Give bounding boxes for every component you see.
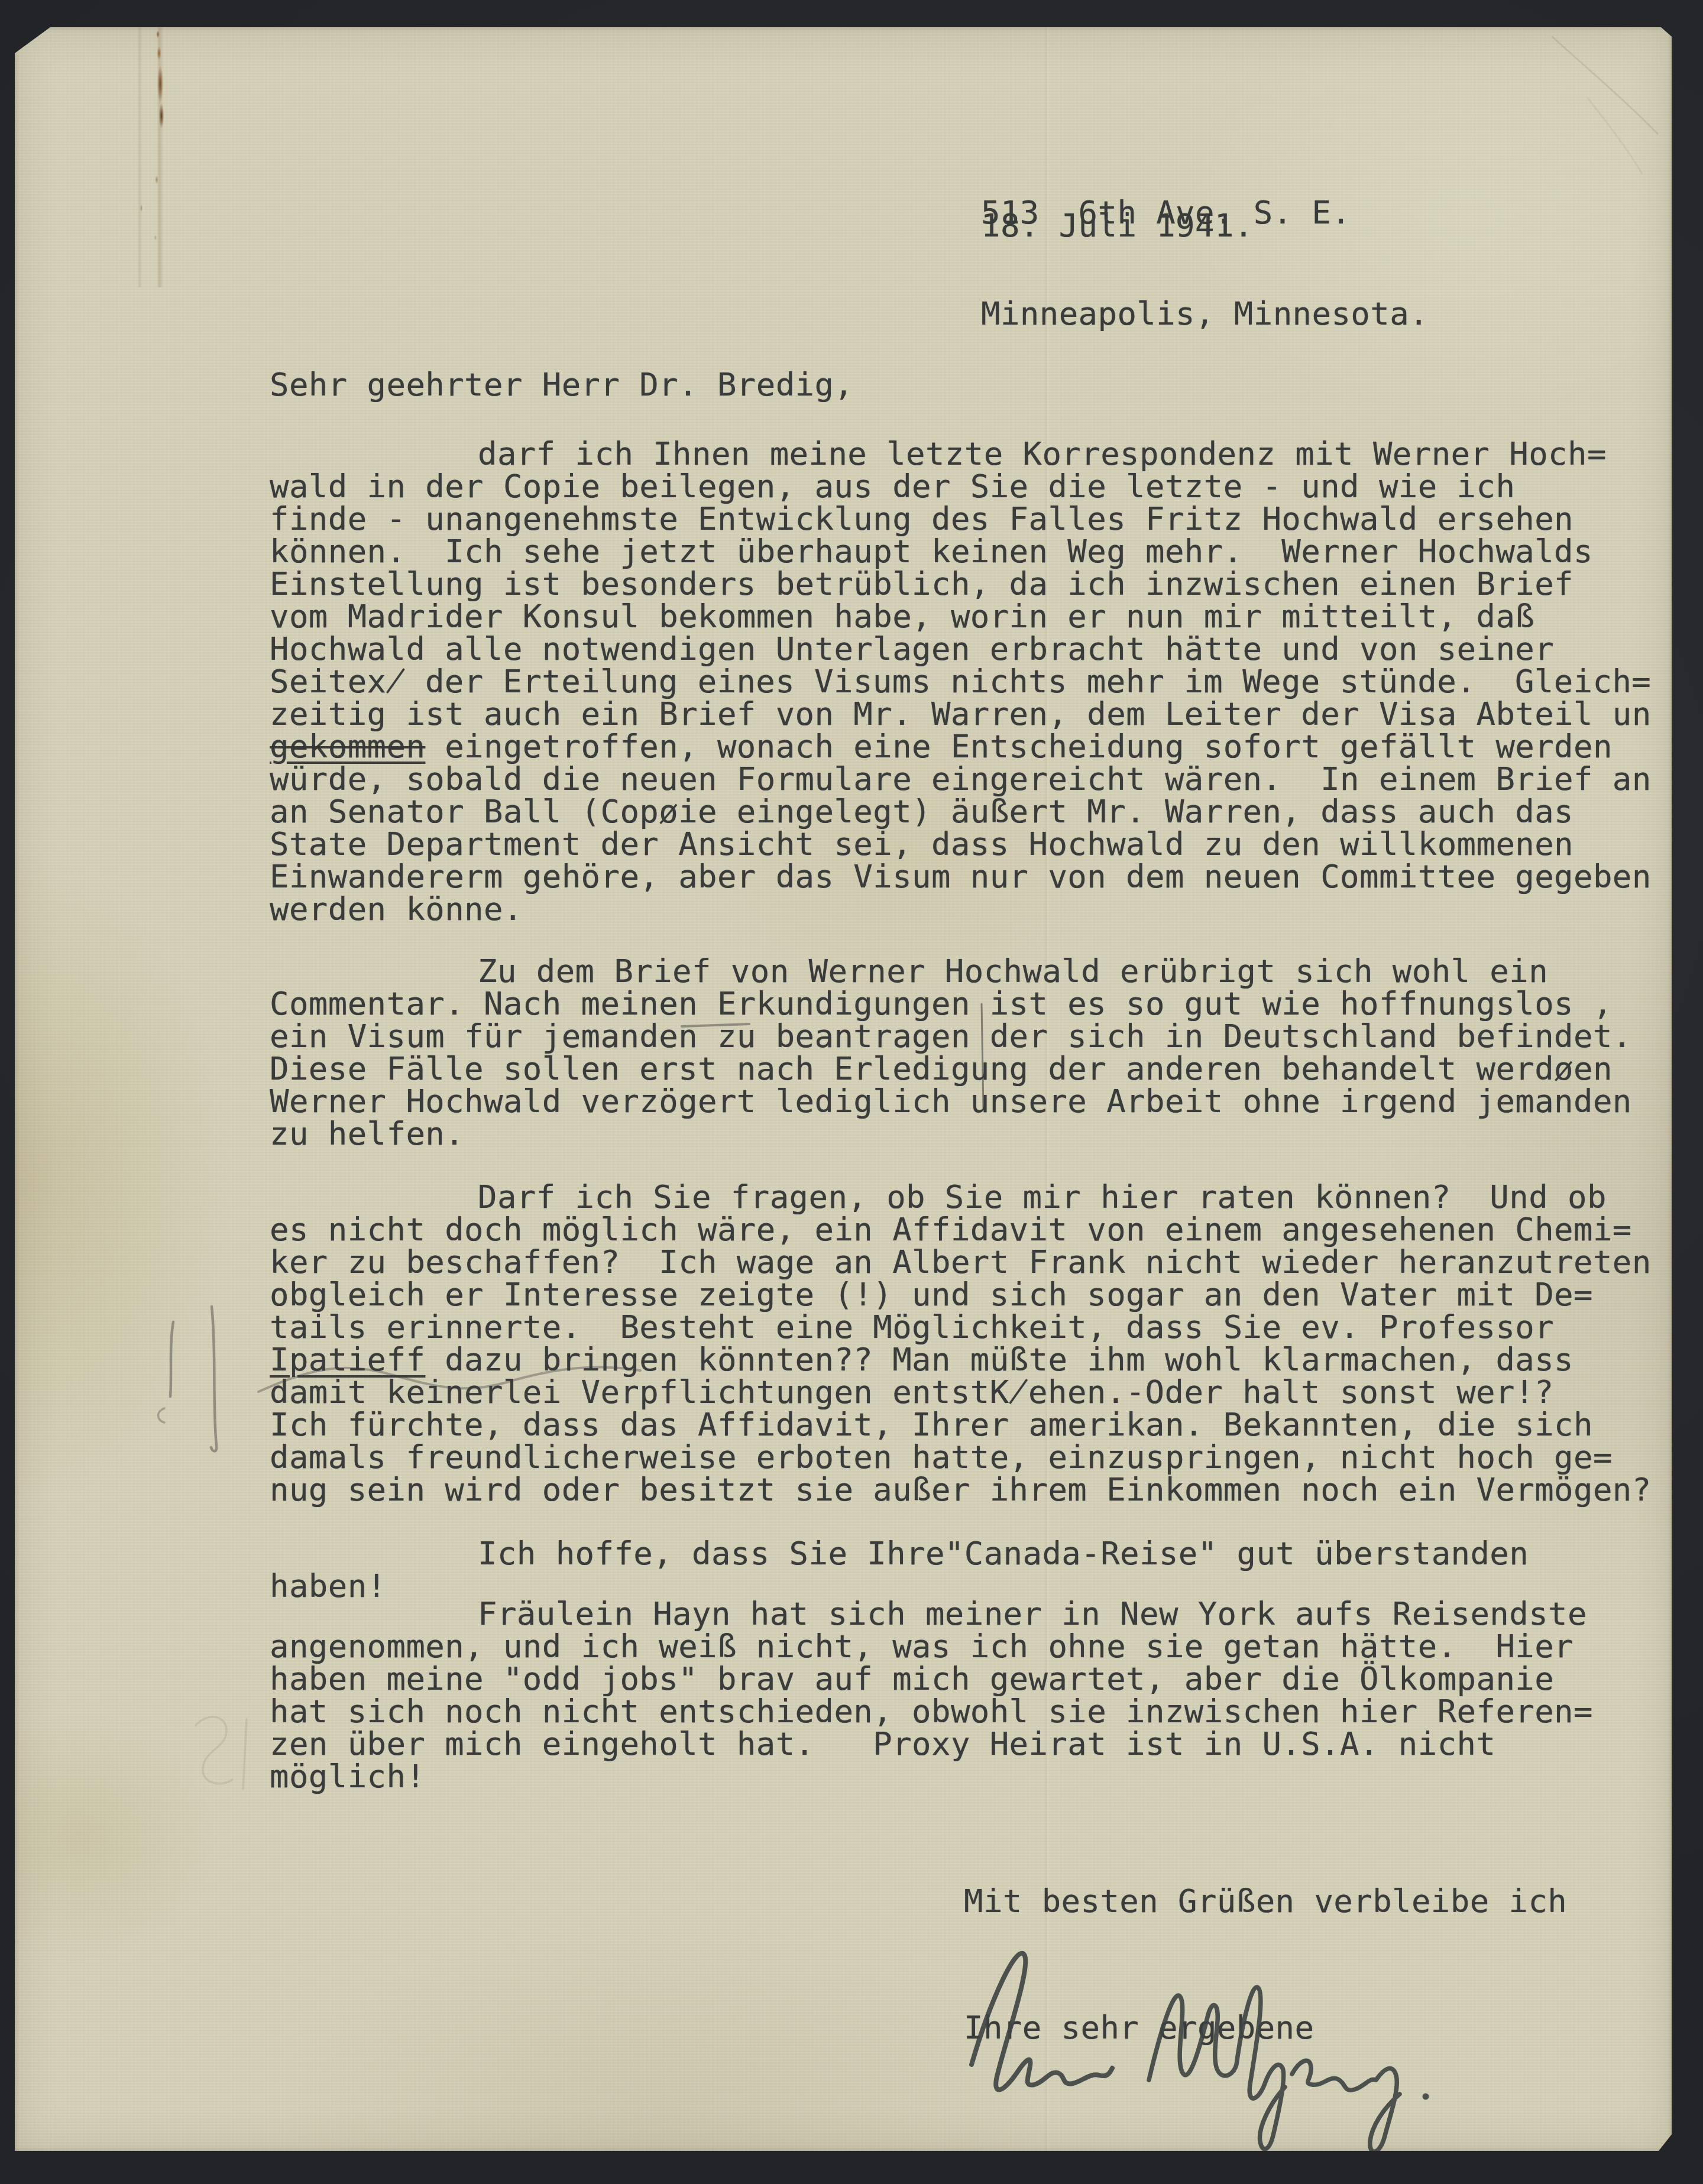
letter-line: darf ich Ihnen meine letzte Korresponden… xyxy=(270,438,1672,470)
text-segment: haben meine "odd jobs" brav auf mich gew… xyxy=(270,1660,1554,1697)
letter-line: State Department der Ansicht sei, dass H… xyxy=(270,828,1672,860)
text-segment: an Senator Ball (Copøie eingelegt) äußer… xyxy=(270,793,1574,830)
text-segment: Hochwald alle notwendigen Unterlagen erb… xyxy=(270,630,1554,667)
text-segment: möglich! xyxy=(270,1758,425,1795)
letter-line: Ich hoffe, dass Sie Ihre"Canada-Reise" g… xyxy=(270,1537,1672,1570)
letter-line: hat sich noch nicht entschieden, obwohl … xyxy=(270,1695,1672,1728)
closing-line: Mit besten Grüßen verbleibe ich xyxy=(964,1885,1567,1917)
text-segment: Werner Hochwald verzögert lediglich unse… xyxy=(270,1083,1632,1120)
letter-line: gekommen eingetroffen, wonach eine Entsc… xyxy=(270,730,1672,763)
letter-line: ein Visum für jemanden zu beantragen der… xyxy=(270,1020,1672,1052)
letter-line: Darf ich Sie fragen, ob Sie mir hier rat… xyxy=(270,1181,1672,1213)
paragraph: darf ich Ihnen meine letzte Korresponden… xyxy=(270,438,1672,925)
text-segment: können. Ich sehe jetzt überhaupt keinen … xyxy=(270,533,1593,570)
text-segment: zen über mich eingeholt hat. Proxy Heira… xyxy=(270,1725,1495,1762)
date-line: 18. Juli 1941. xyxy=(981,209,1254,242)
paragraph: Zu dem Brief von Werner Hochwald erübrig… xyxy=(270,955,1672,1150)
letter-line: zu helfen. xyxy=(270,1117,1672,1150)
paragraph: Ich hoffe, dass Sie Ihre"Canada-Reise" g… xyxy=(270,1537,1672,1602)
letter-line: Commentar. Nach meinen Erkundigungen ist… xyxy=(270,987,1672,1020)
letter-line: Werner Hochwald verzögert lediglich unse… xyxy=(270,1085,1672,1117)
text-segment: werden könne. xyxy=(270,890,523,928)
letter-line: es nicht doch möglich wäre, ein Affidavi… xyxy=(270,1213,1672,1246)
letter-line: Diese Fälle sollen erst nach Erledigung … xyxy=(270,1052,1672,1085)
paragraph: Fräulein Hayn hat sich meiner in New Yor… xyxy=(270,1598,1672,1793)
closing-block: Mit besten Grüßen verbleibe ich Ihre seh… xyxy=(964,1810,1567,2118)
letter-line: zen über mich eingeholt hat. Proxy Heira… xyxy=(270,1728,1672,1760)
text-segment: Diese Fälle sollen erst nach Erledigung … xyxy=(270,1050,1613,1087)
scan-background: 513 6th Ave. S. E. Minneapolis, Minnesot… xyxy=(0,0,1703,2184)
letter-line: Ipatieff dazu bringen könnten?? Man müßt… xyxy=(270,1343,1672,1376)
letter-line: Einwandererm gehöre, aber das Visum nur … xyxy=(270,860,1672,893)
text-segment: nug sein wird oder besitzt sie außer ihr… xyxy=(270,1471,1652,1508)
letter-line: damit keinerlei Verpflichtungen entstK̸e… xyxy=(270,1376,1672,1408)
letter-page: 513 6th Ave. S. E. Minneapolis, Minnesot… xyxy=(15,27,1672,2151)
text-segment: würde, sobald die neuen Formulare einger… xyxy=(270,760,1652,798)
letter-line: möglich! xyxy=(270,1760,1672,1793)
letter-line: nug sein wird oder besitzt sie außer ihr… xyxy=(270,1473,1672,1506)
text-segment: damit keinerlei Verpflichtungen entstK̸e… xyxy=(270,1373,1554,1411)
letter-line: zeitig ist auch ein Brief von Mr. Warren… xyxy=(270,698,1672,730)
text-segment: Ich hoffe, dass Sie Ihre"Canada-Reise" g… xyxy=(478,1535,1529,1572)
struck-text: gekommen xyxy=(270,728,425,765)
text-segment: angenommen, und ich weiß nicht, was ich … xyxy=(270,1628,1574,1665)
text-segment: zeitig ist auch ein Brief von Mr. Warren… xyxy=(270,695,1652,733)
letter-line: tails erinnerte. Besteht eine Möglichkei… xyxy=(270,1311,1672,1343)
text-segment: zu helfen. xyxy=(270,1115,464,1152)
text-segment: ein Visum für jemanden zu beantragen der… xyxy=(270,1018,1632,1055)
text-segment: wald in der Copie beilegen, aus der Sie … xyxy=(270,468,1515,505)
text-segment: dazu bringen könnten?? Man müßte ihm woh… xyxy=(425,1341,1574,1378)
text-segment: darf ich Ihnen meine letzte Korresponden… xyxy=(478,435,1607,472)
text-segment: Ich fürchte, dass das Affidavit, Ihrer a… xyxy=(270,1406,1593,1443)
letter-line: obgleich er Interesse zeigte (!) und sic… xyxy=(270,1278,1672,1311)
text-segment: ker zu beschaffen? Ich wage an Albert Fr… xyxy=(270,1243,1652,1281)
text-segment: damals freundlicherweise erboten hatte, … xyxy=(270,1438,1613,1476)
text-segment: obgleich er Interesse zeigte (!) und sic… xyxy=(270,1276,1593,1313)
text-segment: hat sich noch nicht entschieden, obwohl … xyxy=(270,1693,1593,1730)
address-line: Minneapolis, Minnesota. xyxy=(981,297,1429,330)
text-segment: Einstellung ist besonders betrüblich, da… xyxy=(270,565,1574,602)
letter-line: finde - unangenehmste Entwicklung des Fa… xyxy=(270,503,1672,535)
letter-line: Hochwald alle notwendigen Unterlagen erb… xyxy=(270,633,1672,665)
text-segment: finde - unangenehmste Entwicklung des Fa… xyxy=(270,500,1574,537)
closing-line: Ihre sehr ergebene xyxy=(964,2011,1567,2044)
text-segment: Seitex̸ der Erteilung eines Visums nicht… xyxy=(270,663,1651,700)
text-segment: tails erinnerte. Besteht eine Möglichkei… xyxy=(270,1308,1554,1346)
sender-address-block: 513 6th Ave. S. E. Minneapolis, Minnesot… xyxy=(981,128,1429,398)
letter-line: haben meine "odd jobs" brav auf mich gew… xyxy=(270,1663,1672,1695)
text-segment: Fräulein Hayn hat sich meiner in New Yor… xyxy=(478,1595,1587,1632)
text-segment: Darf ich Sie fragen, ob Sie mir hier rat… xyxy=(478,1178,1607,1216)
letter-line: würde, sobald die neuen Formulare einger… xyxy=(270,763,1672,795)
text-segment: haben! xyxy=(270,1567,386,1605)
text-segment: Commentar. Nach meinen Erkundigungen ist… xyxy=(270,985,1613,1022)
text-segment: vom Madrider Konsul bekommen habe, worin… xyxy=(270,598,1534,635)
letter-line: werden könne. xyxy=(270,893,1672,925)
letter-line: ker zu beschaffen? Ich wage an Albert Fr… xyxy=(270,1246,1672,1278)
letter-body: darf ich Ihnen meine letzte Korresponden… xyxy=(270,438,1672,1793)
letter-line: können. Ich sehe jetzt überhaupt keinen … xyxy=(270,535,1672,568)
letter-line: an Senator Ball (Copøie eingelegt) äußer… xyxy=(270,795,1672,828)
letter-line: damals freundlicherweise erboten hatte, … xyxy=(270,1441,1672,1473)
letter-line: Zu dem Brief von Werner Hochwald erübrig… xyxy=(270,955,1672,987)
letter-line: angenommen, und ich weiß nicht, was ich … xyxy=(270,1630,1672,1663)
rust-stain xyxy=(127,27,180,287)
paragraph: Darf ich Sie fragen, ob Sie mir hier rat… xyxy=(270,1181,1672,1506)
text-segment: Zu dem Brief von Werner Hochwald erübrig… xyxy=(478,952,1548,990)
letter-line: Einstellung ist besonders betrüblich, da… xyxy=(270,568,1672,600)
salutation: Sehr geehrter Herr Dr. Bredig, xyxy=(270,368,853,401)
letter-line: Fräulein Hayn hat sich meiner in New Yor… xyxy=(270,1598,1672,1630)
text-segment: Einwandererm gehöre, aber das Visum nur … xyxy=(270,858,1652,895)
underlined-text: Ipatieff xyxy=(270,1341,425,1378)
letter-line: Ich fürchte, dass das Affidavit, Ihrer a… xyxy=(270,1408,1672,1441)
letter-line: Seitex̸ der Erteilung eines Visums nicht… xyxy=(270,665,1672,698)
letter-line: wald in der Copie beilegen, aus der Sie … xyxy=(270,470,1672,503)
text-segment: State Department der Ansicht sei, dass H… xyxy=(270,825,1574,863)
letter-line: vom Madrider Konsul bekommen habe, worin… xyxy=(270,600,1672,633)
text-segment: eingetroffen, wonach eine Entscheidung s… xyxy=(425,728,1613,765)
text-segment: es nicht doch möglich wäre, ein Affidavi… xyxy=(270,1211,1632,1248)
